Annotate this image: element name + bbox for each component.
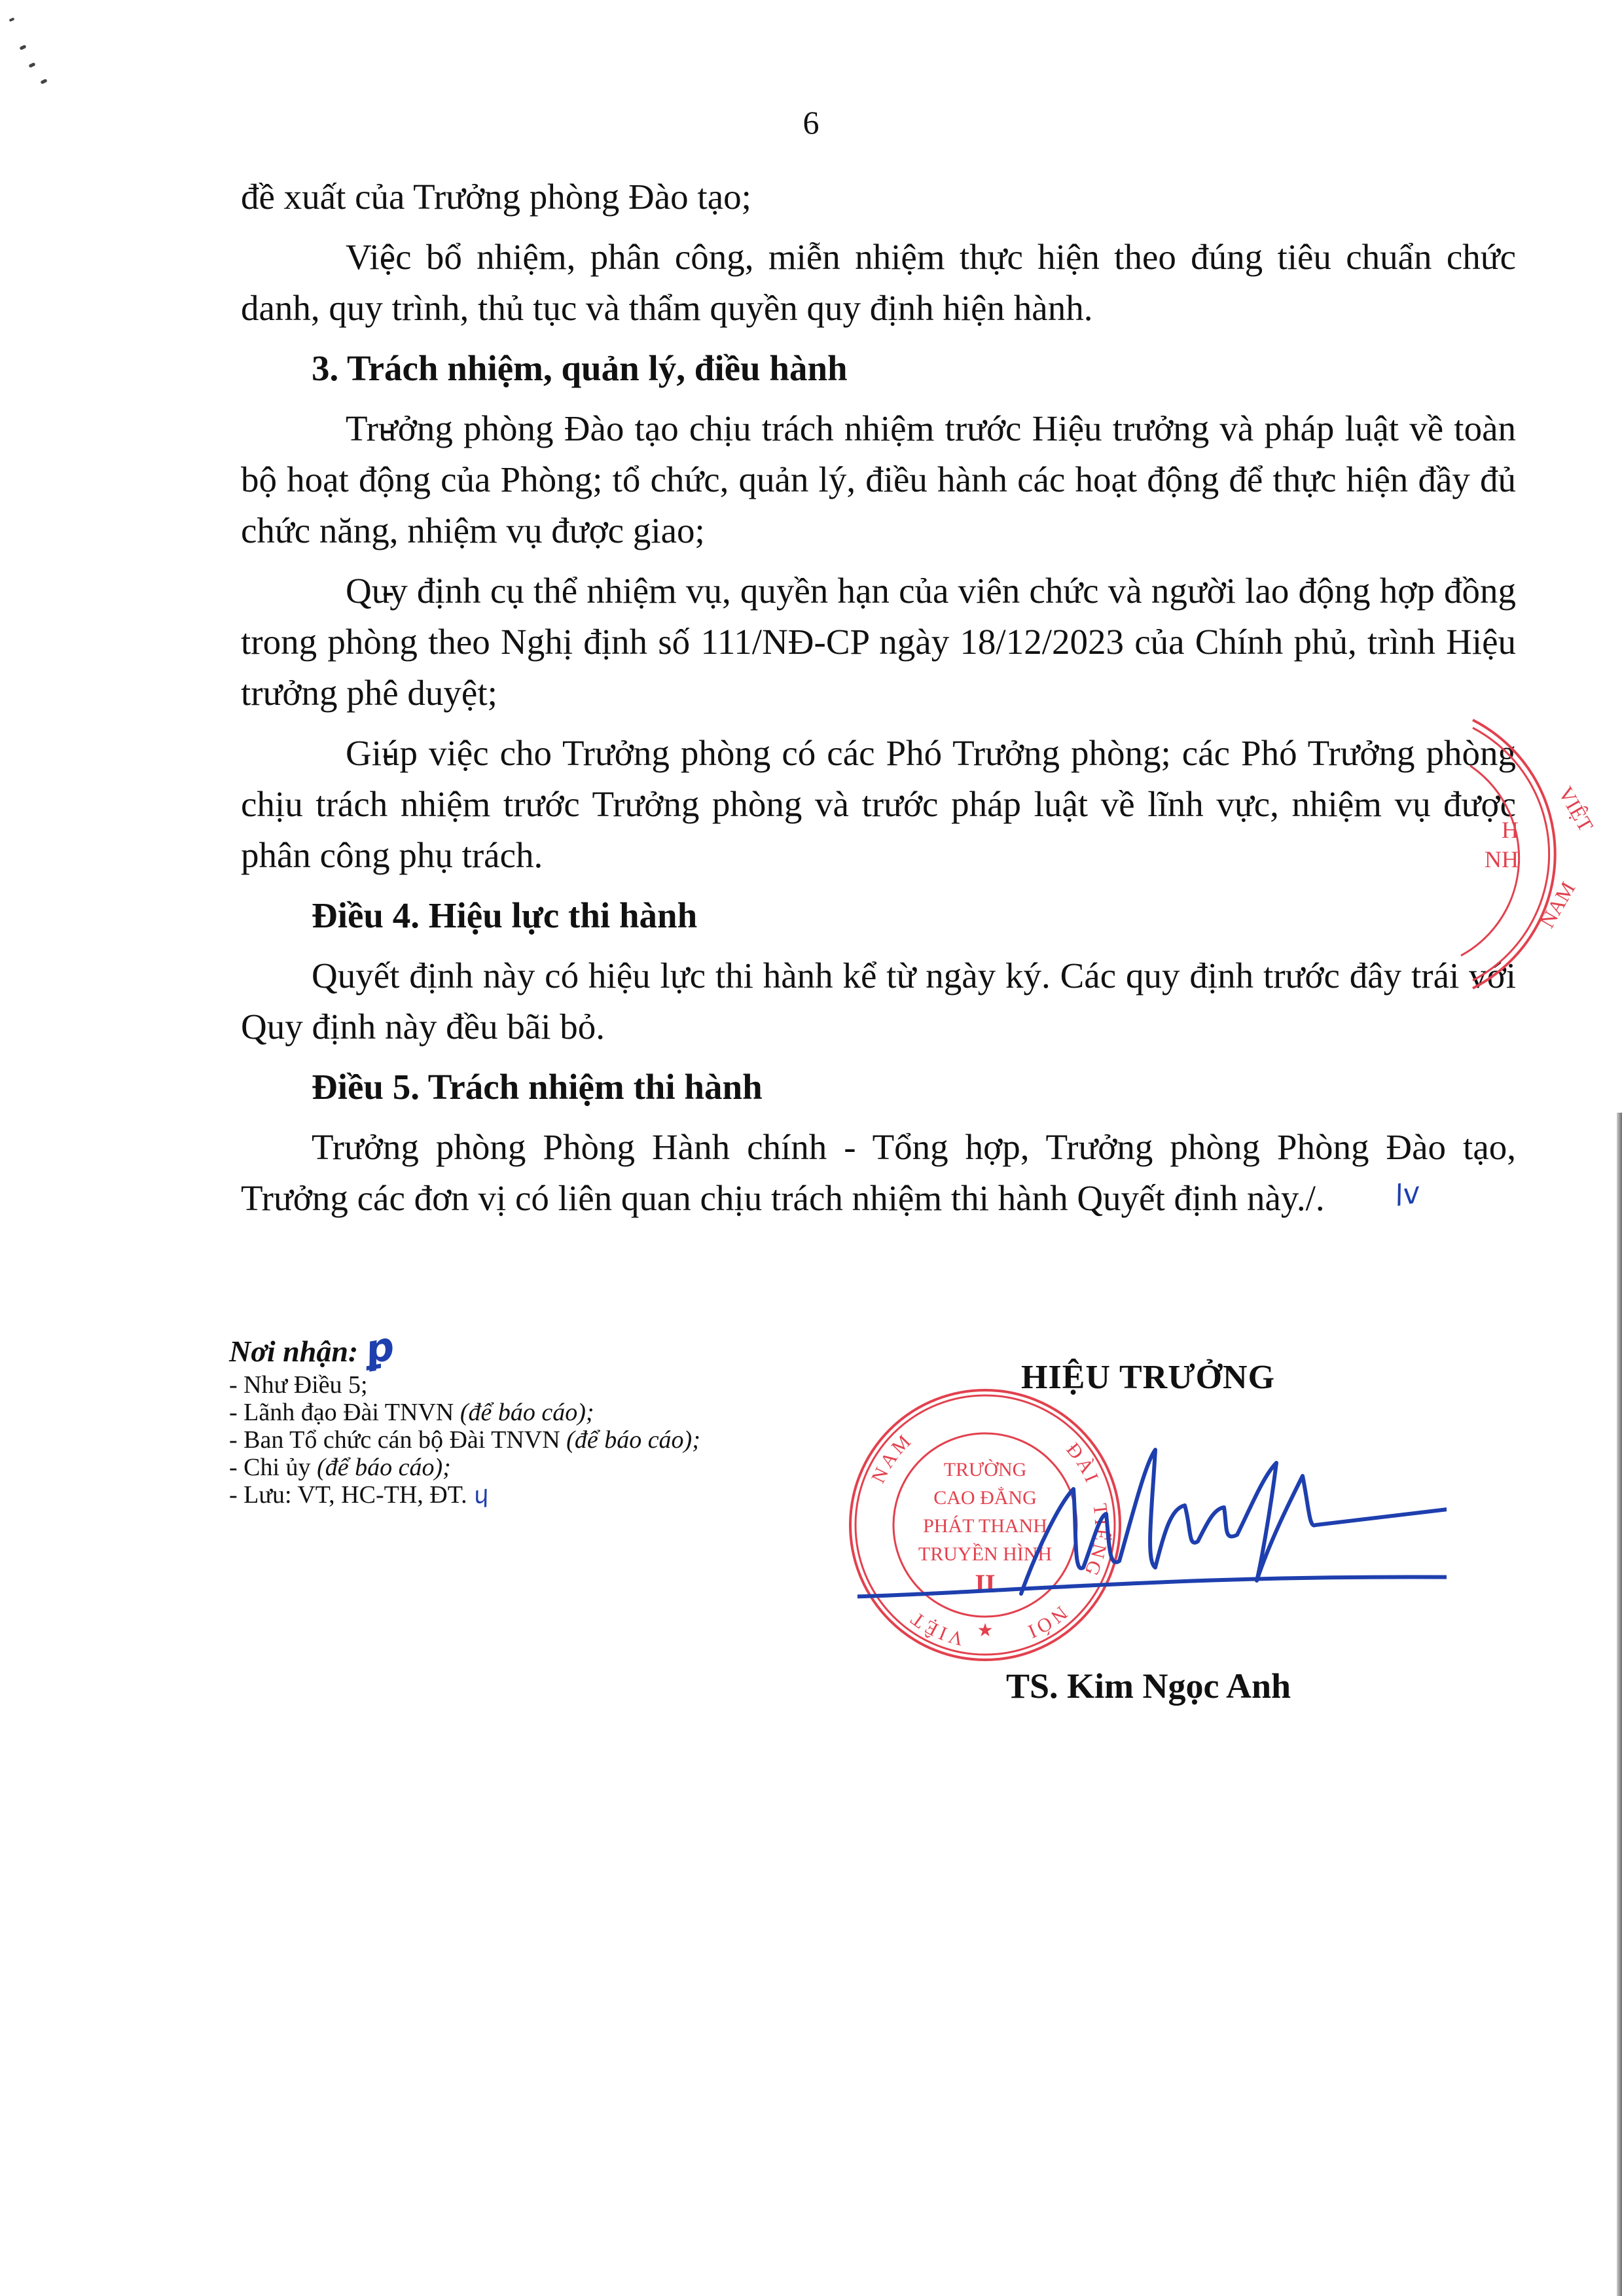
handwritten-initials-icon: ɥ	[471, 1480, 491, 1510]
signer-name: TS. Kim Ngọc Anh	[1006, 1666, 1291, 1706]
document-body: đề xuất của Trưởng phòng Đào tạo; -Việc …	[241, 171, 1516, 1236]
handwritten-initials-icon: ꝑ	[363, 1327, 397, 1371]
recipients-title: Nơi nhận: ꝑ	[229, 1329, 884, 1371]
recipient-item: - Ban Tổ chức cán bộ Đài TNVN (để báo cá…	[229, 1426, 884, 1454]
bullet-paragraph: -Việc bổ nhiệm, phân công, miễn nhiệm th…	[241, 232, 1516, 334]
signature-block: NÓI TIẾNG VIỆT NAM ĐÀI TRƯỜNG CAO ĐẲNG P…	[916, 1345, 1440, 1712]
recipient-item: - Chi ủy (để báo cáo);	[229, 1454, 884, 1481]
article-5-heading: Điều 5. Trách nhiệm thi hành	[241, 1062, 1516, 1113]
recipients-block: Nơi nhận: ꝑ - Như Điều 5; - Lãnh đạo Đài…	[229, 1329, 884, 1509]
recipient-item: - Lưu: VT, HC-TH, ĐT. ɥ	[229, 1481, 884, 1509]
signer-title: HIỆU TRƯỞNG	[1021, 1358, 1275, 1397]
scan-edge-strip	[1617, 1113, 1622, 2296]
handwritten-signature-icon	[857, 1437, 1447, 1626]
handwritten-initials-icon: lv	[1321, 1168, 1424, 1234]
partial-seal-icon: VIỆT NAM H NH	[1460, 713, 1622, 995]
recipient-item: - Như Điều 5;	[229, 1371, 884, 1399]
section-heading: 3. Trách nhiệm, quản lý, điều hành	[241, 343, 1516, 394]
svg-text:VIỆT: VIỆT	[1554, 783, 1598, 836]
bullet-paragraph: -Trưởng phòng Đào tạo chịu trách nhiệm t…	[241, 403, 1516, 556]
bullet-paragraph: -Quy định cụ thể nhiệm vụ, quyền hạn của…	[241, 565, 1516, 719]
svg-text:NH: NH	[1485, 846, 1519, 872]
bullet-paragraph: -Giúp việc cho Trưởng phòng có các Phó T…	[241, 728, 1516, 881]
paragraph: đề xuất của Trưởng phòng Đào tạo;	[241, 171, 1516, 223]
article-4-heading: Điều 4. Hiệu lực thi hành	[241, 890, 1516, 941]
paragraph: Quyết định này có hiệu lực thi hành kể t…	[241, 950, 1516, 1052]
page-number: 6	[0, 103, 1622, 141]
recipients-list: - Như Điều 5; - Lãnh đạo Đài TNVN (để bá…	[229, 1371, 884, 1509]
paragraph: Trưởng phòng Phòng Hành chính - Tổng hợp…	[241, 1122, 1516, 1227]
svg-text:H: H	[1502, 817, 1519, 843]
recipient-item: - Lãnh đạo Đài TNVN (để báo cáo);	[229, 1399, 884, 1426]
svg-text:NAM: NAM	[1535, 878, 1580, 932]
